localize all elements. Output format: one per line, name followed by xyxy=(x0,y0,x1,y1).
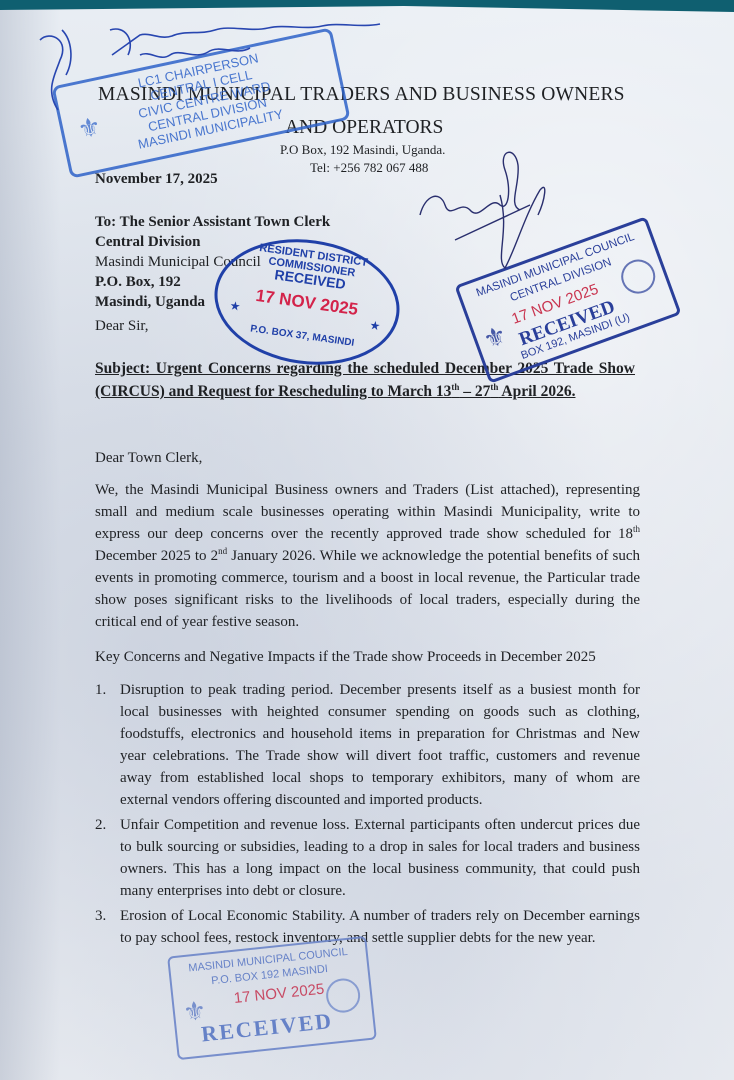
salutation-sir: Dear Sir, xyxy=(95,318,149,335)
intro-sup-2: nd xyxy=(218,546,227,556)
letter-date: November 17, 2025 xyxy=(95,171,218,188)
concern-item-1: 1. Disruption to peak trading period. De… xyxy=(95,679,640,811)
intro-sup-1: th xyxy=(633,524,640,534)
subject-text-3: April 2026. xyxy=(498,383,575,400)
municipal-stamp-received: RECEIVED xyxy=(200,1008,334,1048)
concern-text: Unfair Competition and revenue loss. Ext… xyxy=(120,817,640,899)
intro-text-a: We, the Masindi Municipal Business owner… xyxy=(95,482,640,542)
salutation-town-clerk: Dear Town Clerk, xyxy=(95,450,202,467)
intro-text-b: December 2025 to 2 xyxy=(95,548,218,564)
concern-text: Disruption to peak trading period. Decem… xyxy=(120,682,640,808)
concern-number: 2. xyxy=(95,814,106,836)
recipient-line4: P.O. Box, 192 xyxy=(95,274,181,291)
recipient-line5: Masindi, Uganda xyxy=(95,294,205,311)
concern-text: Erosion of Local Economic Stability. A n… xyxy=(120,908,640,946)
coat-of-arms-icon: ⚜ xyxy=(479,319,512,356)
star-icon: ★ xyxy=(369,318,382,333)
municipal-stamp-date: 17 NOV 2025 xyxy=(233,981,325,1007)
concern-item-3: 3. Erosion of Local Economic Stability. … xyxy=(95,905,640,949)
key-concerns-heading: Key Concerns and Negative Impacts if the… xyxy=(95,649,596,666)
coat-of-arms-icon: ⚜ xyxy=(75,111,104,146)
recipient-line2: Central Division xyxy=(95,234,200,251)
star-icon: ★ xyxy=(229,298,242,313)
municipal-received-stamp: MASINDI MUNICIPAL COUNCIL P.O. BOX 192 M… xyxy=(167,936,377,1060)
intro-paragraph: We, the Masindi Municipal Business owner… xyxy=(95,479,640,633)
concern-number: 3. xyxy=(95,905,106,927)
org-address: P.O Box, 192 Masindi, Uganda. xyxy=(280,142,445,158)
subject-text-2: – 27 xyxy=(459,383,490,400)
concern-item-2: 2. Unfair Competition and revenue loss. … xyxy=(95,814,640,902)
recipient-line1: To: The Senior Assistant Town Clerk xyxy=(95,214,330,231)
subject-line: Subject: Urgent Concerns regarding the s… xyxy=(95,357,635,403)
concern-number: 1. xyxy=(95,679,106,701)
concerns-list: 1. Disruption to peak trading period. De… xyxy=(95,679,640,952)
org-telephone: Tel: +256 782 067 488 xyxy=(310,160,428,176)
